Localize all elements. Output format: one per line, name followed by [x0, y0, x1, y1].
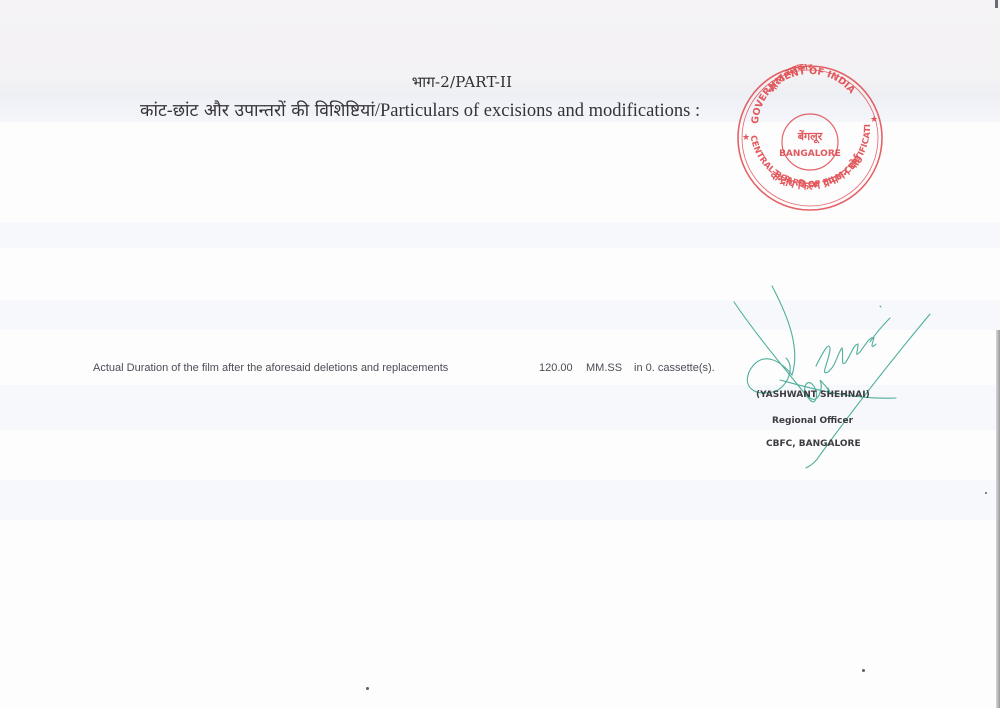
signatory-office: CBFC, BANGALORE: [766, 439, 861, 449]
svg-text:GOVERNMENT OF INDIA: GOVERNMENT OF INDIA: [750, 66, 858, 125]
show-through-band: [0, 222, 1000, 248]
svg-text:★: ★: [870, 115, 878, 125]
scan-speck: [366, 687, 369, 690]
page-edge-shadow: [996, 330, 1000, 708]
signatory-title: Regional Officer: [772, 416, 853, 426]
cbfc-stamp-icon: भारत सरकार GOVERNMENT OF INDIA CENTRAL B…: [728, 64, 892, 214]
svg-text:★: ★: [742, 133, 750, 143]
scan-speck: [985, 492, 987, 494]
signatory-name: (YASHWANT SHEHNAI): [756, 390, 870, 400]
show-through-band: [0, 480, 1000, 520]
duration-cassettes: in 0. cassette(s).: [634, 362, 715, 374]
duration-value: 120.00: [539, 362, 573, 374]
svg-text:BANGALORE: BANGALORE: [779, 149, 841, 159]
section-heading: कांट-छांट और उपान्तरों की विशिष्टियां/Pa…: [140, 98, 700, 122]
duration-label: Actual Duration of the film after the af…: [93, 362, 448, 374]
page-edge-mark: [995, 0, 998, 8]
scan-speck: [862, 669, 865, 672]
duration-unit: MM.SS: [586, 362, 622, 374]
section-heading-english: Particulars of excisions and modificatio…: [380, 101, 700, 121]
section-heading-hindi: कांट-छांट और उपान्तरों की विशिष्टियां: [140, 101, 375, 121]
svg-text:बेंगलूर: बेंगलूर: [797, 129, 823, 144]
